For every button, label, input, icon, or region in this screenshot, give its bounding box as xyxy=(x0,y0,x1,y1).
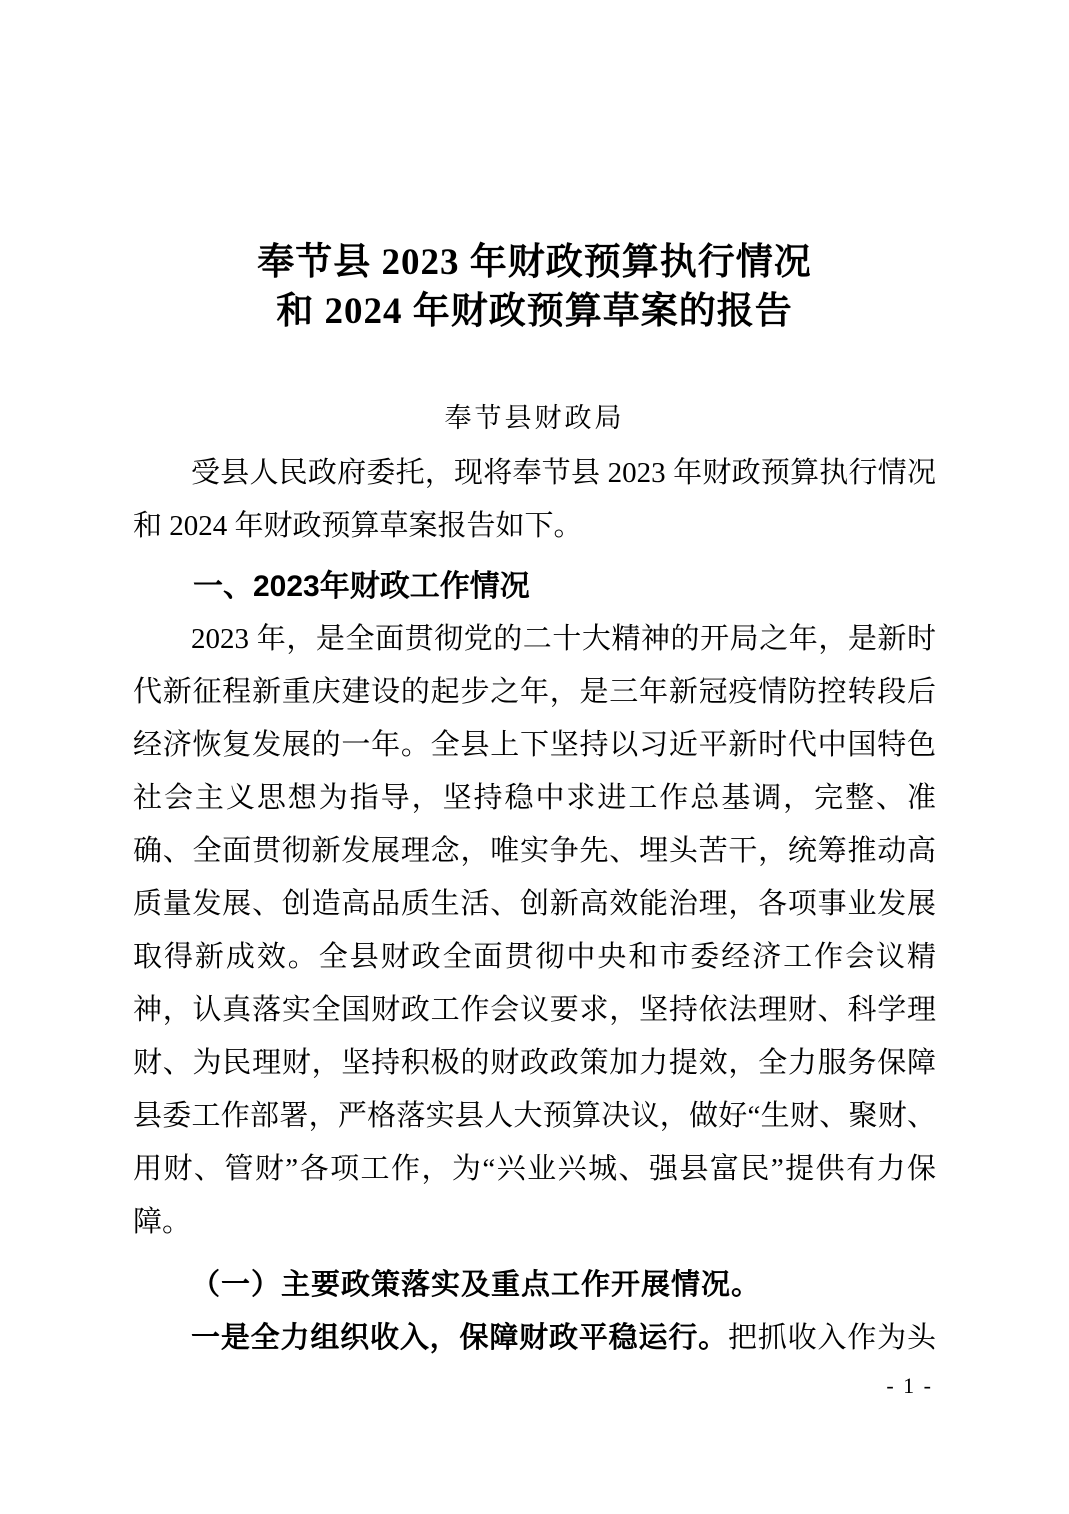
doc-title: 奉节县 2023 年财政预算执行情况 和 2024 年财政预算草案的报告 xyxy=(133,238,936,336)
intro-paragraph: 受县人民政府委托，现将奉节县 2023 年财政预算执行情况和 2024 年财政预… xyxy=(133,447,936,553)
document-content: 奉节县 2023 年财政预算执行情况 和 2024 年财政预算草案的报告 奉节县… xyxy=(133,0,936,1365)
section-1-paragraph: 2023 年，是全面贯彻党的二十大精神的开局之年，是新时代新征程新重庆建设的起步… xyxy=(133,613,936,1249)
item-1-lead: 一是全力组织收入，保障财政平稳运行。 xyxy=(191,1322,728,1354)
subsection-1-heading: （一）主要政策落实及重点工作开展情况。 xyxy=(133,1259,936,1312)
item-1-paragraph: 一是全力组织收入，保障财政平稳运行。把抓收入作为头 xyxy=(133,1312,936,1365)
doc-author: 奉节县财政局 xyxy=(133,401,936,435)
doc-title-line-2: 和 2024 年财政预算草案的报告 xyxy=(133,287,936,336)
item-1-text: 把抓收入作为头 xyxy=(728,1322,936,1354)
document-page: 奉节县 2023 年财政预算执行情况 和 2024 年财政预算草案的报告 奉节县… xyxy=(0,0,1069,1514)
doc-title-line-1: 奉节县 2023 年财政预算执行情况 xyxy=(133,238,936,287)
page-number: - 1 - xyxy=(886,1372,933,1400)
section-1-heading: 一、2023年财政工作情况 xyxy=(133,560,936,613)
